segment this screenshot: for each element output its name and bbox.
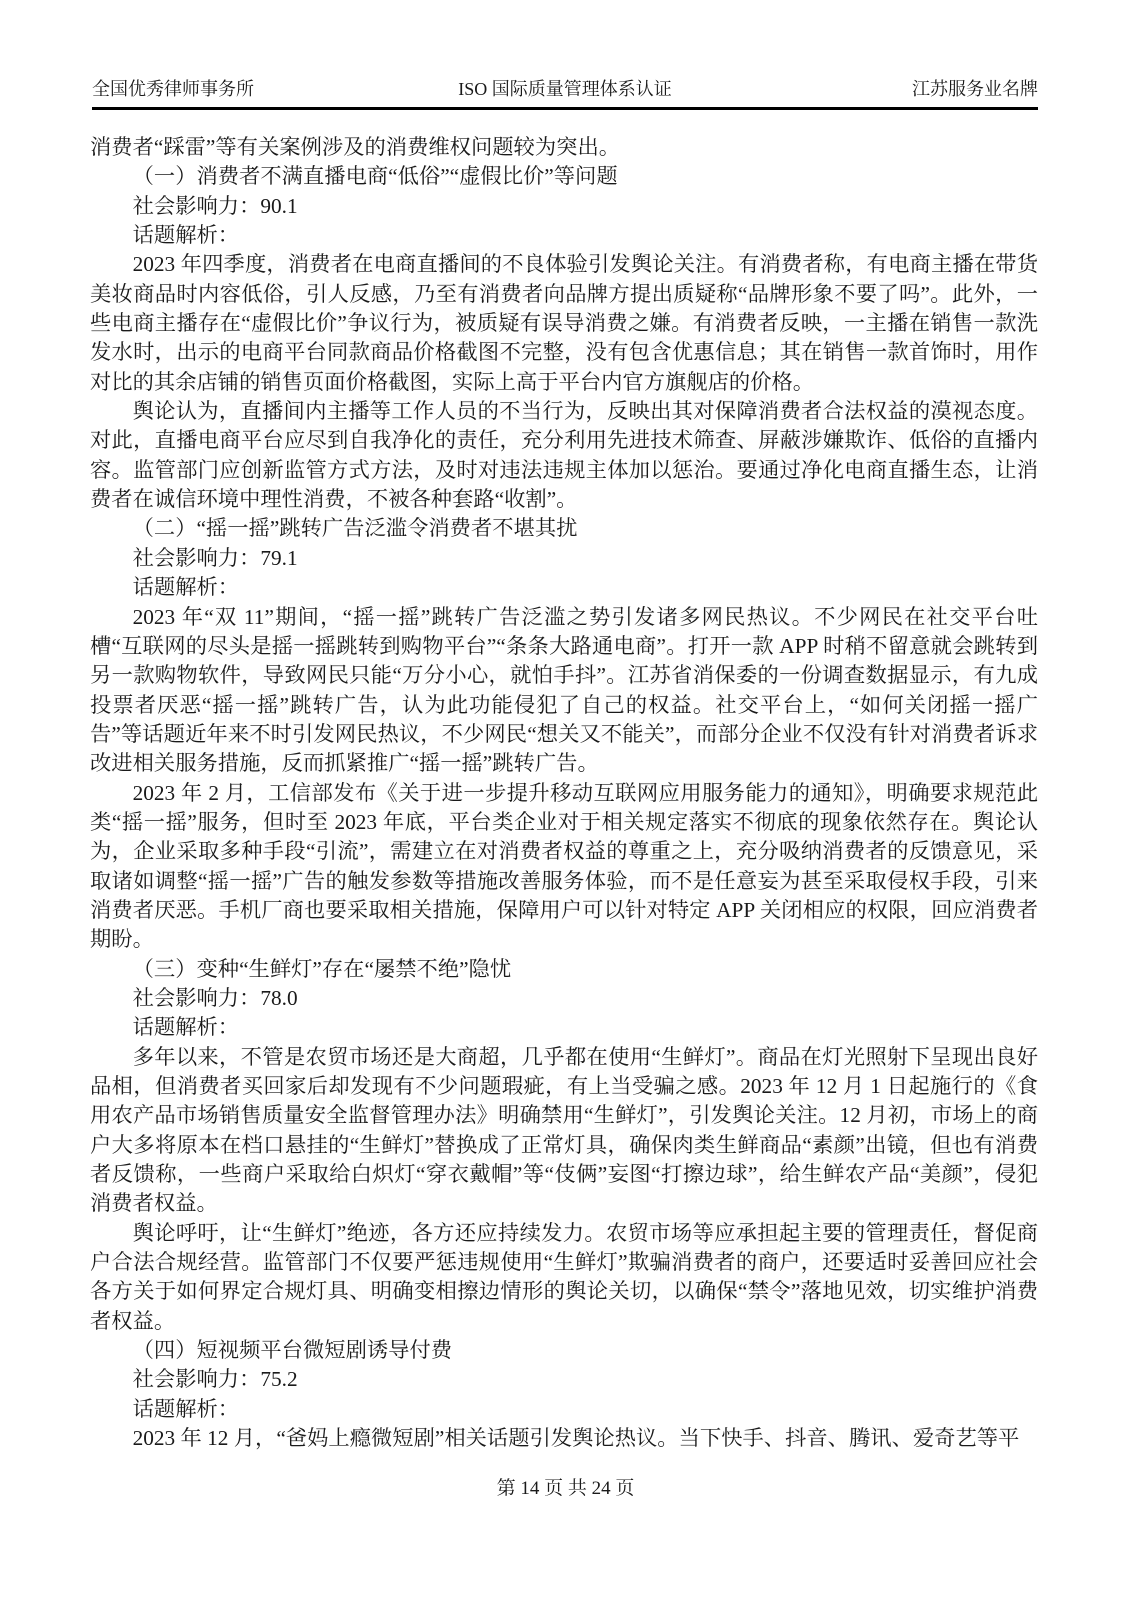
meta-line: 社会影响力：78.0	[90, 984, 1038, 1013]
section-heading: （四）短视频平台微短剧诱导付费	[90, 1336, 1038, 1365]
page-footer: 第 14 页 共 24 页	[0, 1477, 1131, 1501]
body-paragraph: 2023 年四季度，消费者在电商直播间的不良体验引发舆论关注。有消费者称，有电商…	[90, 250, 1038, 397]
section-heading: （三）变种“生鲜灯”存在“屡禁不绝”隐忧	[90, 955, 1038, 984]
page-number-label: 第 14 页 共 24 页	[497, 1478, 635, 1499]
body-paragraph: 多年以来，不管是农贸市场还是大商超，几乎都在使用“生鲜灯”。商品在灯光照射下呈现…	[90, 1043, 1038, 1219]
document-body: 消费者“踩雷”等有关案例涉及的消费维权问题较为突出。（一）消费者不满直播电商“低…	[90, 133, 1038, 1453]
meta-line: 社会影响力：90.1	[90, 192, 1038, 221]
header-right-text: 江苏服务业名牌	[912, 78, 1038, 100]
section-heading: （二）“摇一摇”跳转广告泛滥令消费者不堪其扰	[90, 514, 1038, 543]
header-left-text: 全国优秀律师事务所	[92, 78, 254, 100]
page-header: 全国优秀律师事务所 ISO 国际质量管理体系认证 江苏服务业名牌	[92, 78, 1038, 110]
body-paragraph: 舆论认为，直播间内主播等工作人员的不当行为，反映出其对保障消费者合法权益的漠视态…	[90, 397, 1038, 514]
meta-line: 社会影响力：79.1	[90, 544, 1038, 573]
meta-line: 话题解析：	[90, 1395, 1038, 1424]
meta-line: 话题解析：	[90, 573, 1038, 602]
header-center-text: ISO 国际质量管理体系认证	[458, 78, 672, 100]
meta-line: 话题解析：	[90, 1013, 1038, 1042]
section-heading: （一）消费者不满直播电商“低俗”“虚假比价”等问题	[90, 162, 1038, 191]
body-paragraph: 2023 年“双 11”期间，“摇一摇”跳转广告泛滥之势引发诸多网民热议。不少网…	[90, 603, 1038, 779]
body-paragraph: 舆论呼吁，让“生鲜灯”绝迹，各方还应持续发力。农贸市场等应承担起主要的管理责任，…	[90, 1219, 1038, 1336]
document-page: 全国优秀律师事务所 ISO 国际质量管理体系认证 江苏服务业名牌 消费者“踩雷”…	[0, 0, 1131, 1600]
meta-line: 社会影响力：75.2	[90, 1365, 1038, 1394]
body-paragraph-continuation: 消费者“踩雷”等有关案例涉及的消费维权问题较为突出。	[90, 133, 1038, 162]
body-paragraph: 2023 年 2 月，工信部发布《关于进一步提升移动互联网应用服务能力的通知》，…	[90, 779, 1038, 955]
meta-line: 话题解析：	[90, 221, 1038, 250]
body-paragraph: 2023 年 12 月，“爸妈上瘾微短剧”相关话题引发舆论热议。当下快手、抖音、…	[90, 1424, 1038, 1453]
